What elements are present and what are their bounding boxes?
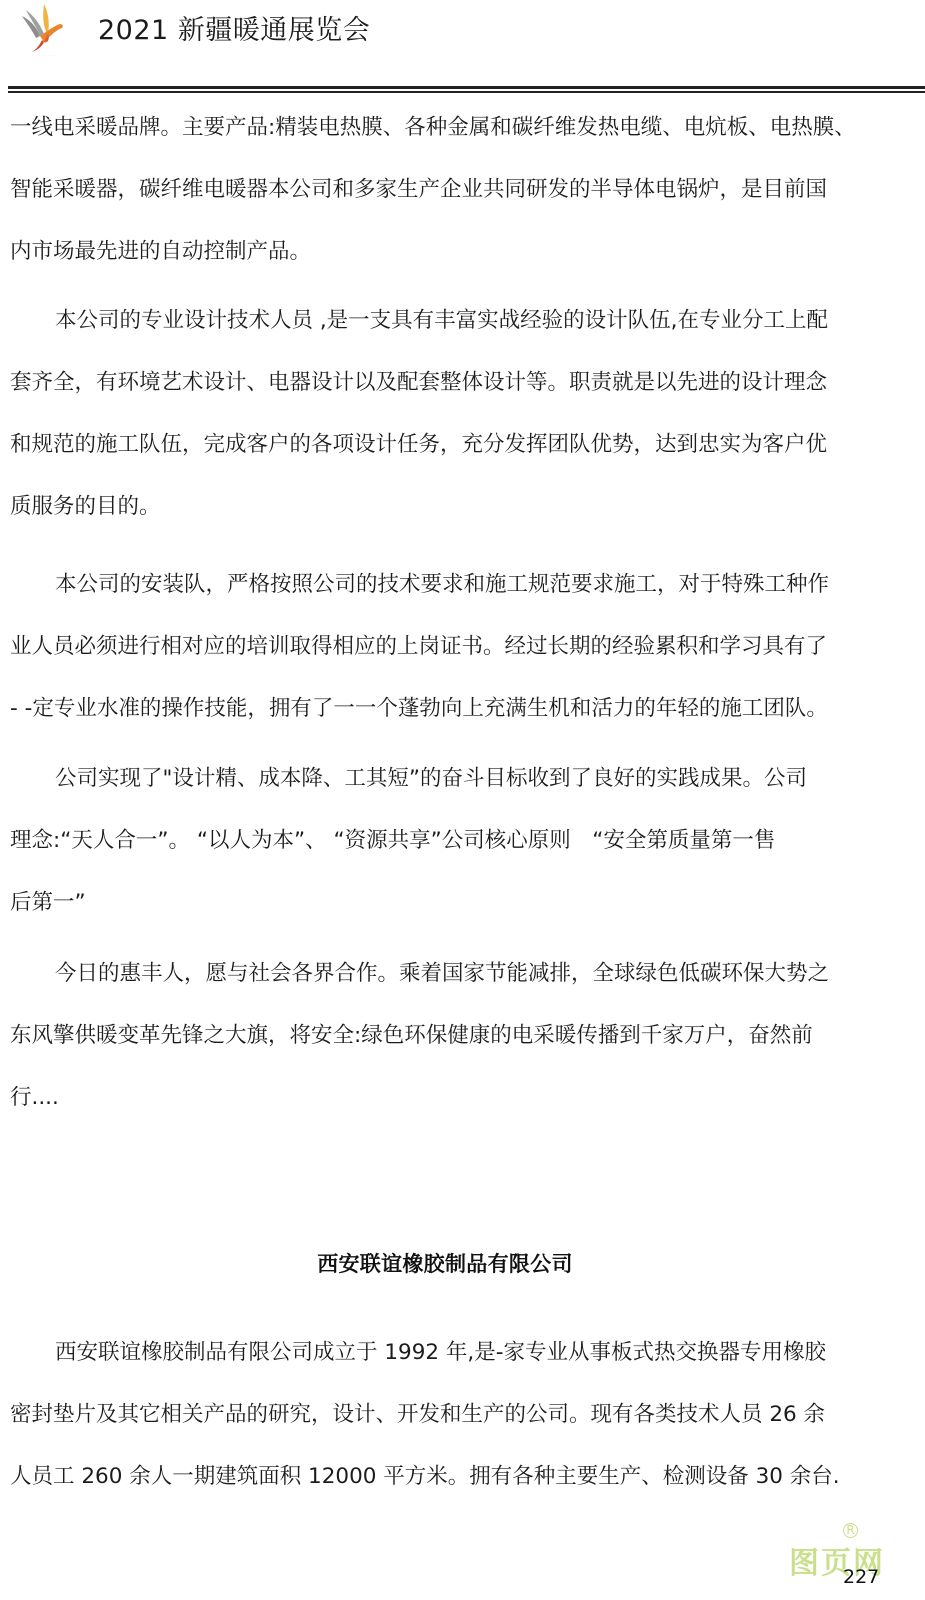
page-number: 227 — [843, 1566, 879, 1588]
header-divider-thick — [8, 86, 925, 89]
text-line: 和规范的施工队伍，完成客户的各项设计任务，充分发挥团队优势，达到忠实为客户优 — [10, 414, 880, 476]
text-line: 本公司的专业设计技术人员 ,是一支具有丰富实战经验的设计队伍,在专业分工上配 — [10, 290, 880, 352]
company-section-title: 西安联谊橡胶制品有限公司 — [0, 1248, 890, 1278]
paragraph-design-team: 本公司的专业设计技术人员 ,是一支具有丰富实战经验的设计队伍,在专业分工上配 套… — [10, 290, 880, 538]
text-line: 今日的惠丰人，愿与社会各界合作。乘着国家节能减排，全球绿色低碳环保大势之 — [10, 943, 880, 1005]
document-title: 2021 新疆暖通展览会 — [98, 8, 370, 47]
text-line: 后第一” — [10, 872, 880, 934]
text-line: 本公司的安装队，严格按照公司的技术要求和施工规范要求施工，对于特殊工种作 — [10, 554, 880, 616]
paragraph-installation-team: 本公司的安装队，严格按照公司的技术要求和施工规范要求施工，对于特殊工种作 业人员… — [10, 554, 880, 740]
text-line: 行.... — [10, 1067, 880, 1129]
text-line: 内市场最先进的自动控制产品。 — [10, 221, 880, 283]
text-line: - -定专业水准的操作技能，拥有了一一个蓬勃向上充满生机和活力的年轻的施工团队。 — [10, 678, 880, 740]
paragraph-company-intro: 西安联谊橡胶制品有限公司成立于 1992 年,是-家专业从事板式热交换器专用橡胶… — [10, 1322, 880, 1508]
paragraph-outlook: 今日的惠丰人，愿与社会各界合作。乘着国家节能减排，全球绿色低碳环保大势之 东风擎… — [10, 943, 880, 1129]
text-line: 业人员必须进行相对应的培训取得相应的上岗证书。经过长期的经验累积和学习具有了 — [10, 616, 880, 678]
paragraph-company-philosophy: 公司实现了"设计精、成本降、工其短”的奋斗目标收到了良好的实践成果。公司 理念:… — [10, 748, 880, 934]
text-line: 质服务的目的。 — [10, 476, 880, 538]
text-line: 公司实现了"设计精、成本降、工其短”的奋斗目标收到了良好的实践成果。公司 — [10, 748, 880, 810]
text-line: 一线电采暖品牌。主要产品:精装电热膜、各种金属和碳纤维发热电缆、电炕板、电热膜、 — [10, 97, 880, 159]
continuation-paragraph: 一线电采暖品牌。主要产品:精装电热膜、各种金属和碳纤维发热电缆、电炕板、电热膜、… — [10, 97, 880, 283]
page-header: · · · · · · · · · · · 2021 新疆暖通展览会 — [0, 0, 925, 95]
text-line: 人员工 260 余人一期建筑面积 12000 平方米。拥有各种主要生产、检测设备… — [10, 1446, 880, 1508]
logo-caption: · · · · · · · · · · · — [14, 53, 76, 57]
text-line: 智能采暖器，碳纤维电暖器本公司和多家生产企业共同研发的半导体电锅炉，是目前国 — [10, 159, 880, 221]
text-line: 套齐全，有环境艺术设计、电器设计以及配套整体设计等。职责就是以先进的设计理念 — [10, 352, 880, 414]
text-line: 东风擎供暖变革先锋之大旗，将安全:绿色环保健康的电采暖传播到千家万户，奋然前 — [10, 1005, 880, 1067]
text-line: 密封垫片及其它相关产品的研究，设计、开发和生产的公司。现有各类技术人员 26 余 — [10, 1384, 880, 1446]
header-divider-thin — [8, 91, 925, 93]
registered-mark-icon: R — [843, 1523, 858, 1538]
text-line: 西安联谊橡胶制品有限公司成立于 1992 年,是-家专业从事板式热交换器专用橡胶 — [10, 1322, 880, 1384]
text-line: 理念:“天人合一”。 “以人为本”、 “资源共享”公司核心原则 “安全第质量第一… — [10, 810, 880, 872]
